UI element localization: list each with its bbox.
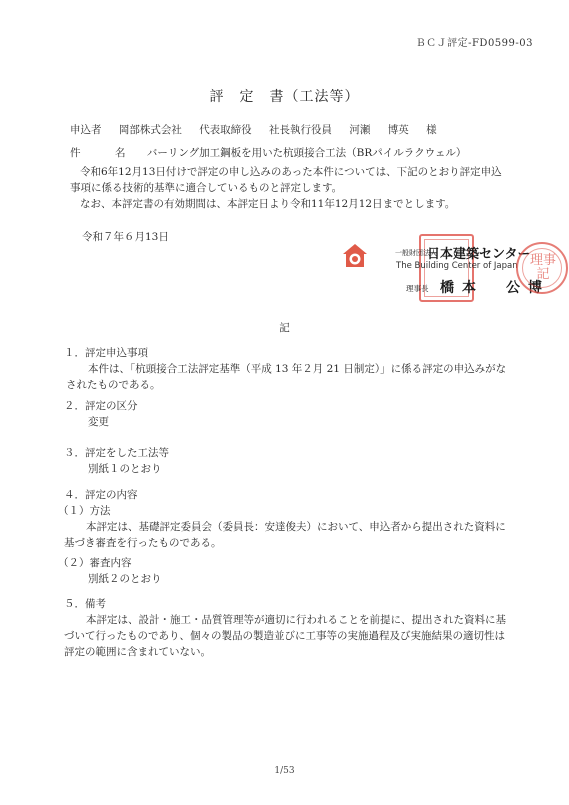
section-2: ２．評定の区分 変更 <box>64 398 528 430</box>
section-body: 別紙１のとおり <box>64 461 528 477</box>
subsection-heading: （１）方法 <box>58 503 512 519</box>
intro-line2: なお、本評定書の有効期間は、本評定日より令和11年12月12日までとします。 <box>70 196 510 212</box>
applicant-given-name: 博英 <box>388 124 409 136</box>
page-number: 1/53 <box>0 766 569 776</box>
applicant-role2: 社長執行役員 <box>269 124 332 136</box>
section-heading: ２．評定の区分 <box>64 398 528 414</box>
applicant-honorific: 様 <box>426 124 437 136</box>
issue-date: 令和７年６月13日 <box>82 229 169 244</box>
applicant-label: 申込者 <box>70 124 102 136</box>
section-5: ５．備考 本評定は、設計・施工・品質管理等が適切に行われることを前提に、提出され… <box>64 596 512 660</box>
applicant-line: 申込者 岡部株式会社 代表取締役 社長執行役員 河瀬 博英 様 <box>70 122 451 137</box>
section-body: 本評定は、設計・施工・品質管理等が適切に行われることを前提に、提出された資料に基… <box>64 612 512 660</box>
section-heading: ５．備考 <box>64 596 512 612</box>
page-title: 評 定 書（工法等） <box>0 86 569 106</box>
section-heading: １．評定申込事項 <box>64 345 514 361</box>
intro-paragraph: 令和6年12月13日付けで評定の申し込みのあった本件については、下記のとおり評定… <box>70 164 510 212</box>
subject-value: バーリング加工鋼板を用いた杭頭接合工法（BRパイルラクウェル） <box>147 147 467 159</box>
subsection-heading: （２）審査内容 <box>58 555 528 571</box>
org-name: 日本建築センター <box>427 243 530 262</box>
subject-label: 件 名 <box>70 147 138 159</box>
document-number: ＢＣＪ評定-FD0599-03 <box>416 34 533 49</box>
section-4-sub-2: （２）審査内容 別紙２のとおり <box>64 555 528 587</box>
applicant-company: 岡部株式会社 <box>119 124 182 136</box>
house-logo-icon <box>340 240 370 270</box>
applicant-role1: 代表取締役 <box>199 124 252 136</box>
section-3: ３．評定をした工法等 別紙１のとおり <box>64 445 528 477</box>
section-1: １．評定申込事項 本件は、「杭頭接合工法評定基準（平成 13 年２月 21 日制… <box>64 345 514 393</box>
section-4: ４．評定の内容 （１）方法 本評定は、基礎評定委員会（委員長：安達俊夫）において… <box>64 487 512 551</box>
round-seal-text: 理事記 <box>526 254 560 282</box>
section-body: 変更 <box>64 414 528 430</box>
round-seal-stamp: 理事記 <box>516 242 568 294</box>
subject-line: 件 名 バーリング加工鋼板を用いた杭頭接合工法（BRパイルラクウェル） <box>70 145 466 160</box>
ki-heading: 記 <box>0 320 569 335</box>
applicant-family-name: 河瀬 <box>349 124 370 136</box>
section-heading: ３．評定をした工法等 <box>64 445 528 461</box>
title-main: 評 定 書 <box>210 89 285 105</box>
section-body: 本件は、「杭頭接合工法評定基準（平成 13 年２月 21 日制定）」に係る評定の… <box>64 361 514 393</box>
title-suffix: （工法等） <box>285 89 360 105</box>
subsection-body: 本評定は、基礎評定委員会（委員長：安達俊夫）において、申込者から提出された資料に… <box>64 519 512 551</box>
issuer-block: 一般財団法人 日本建築センター The Building Center of J… <box>340 228 555 306</box>
representative-title: 理事長 <box>406 283 429 294</box>
org-name-en: The Building Center of Japan <box>396 261 518 271</box>
subsection-body: 別紙２のとおり <box>64 571 528 587</box>
intro-line1: 令和6年12月13日付けで評定の申し込みのあった本件については、下記のとおり評定… <box>70 164 510 196</box>
section-heading: ４．評定の内容 <box>64 487 512 503</box>
